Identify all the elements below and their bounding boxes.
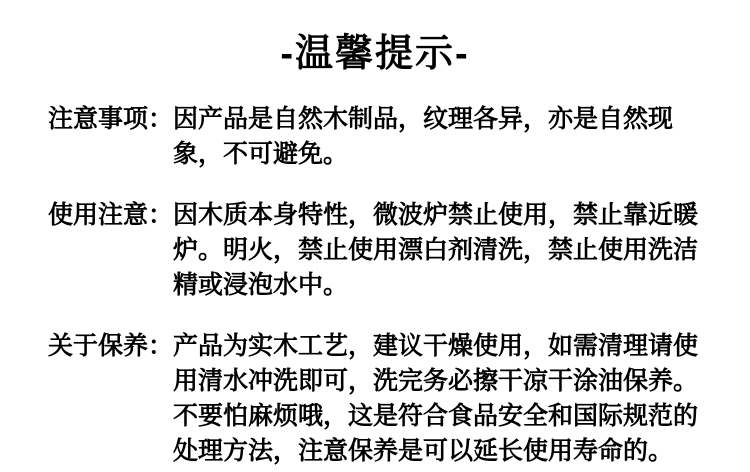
section-attention: 注意事项： 因产品是自然木制品，纹理各异，亦是自然现象，不可避免。 xyxy=(0,102,750,172)
section-usage-text: 因木质本身特性，微波炉禁止使用，禁止靠近暖炉。明火，禁止使用漂白剂清洗，禁止使用… xyxy=(173,198,706,303)
warm-tips-notice: -温馨提示- 注意事项： 因产品是自然木制品，纹理各异，亦是自然现象，不可避免。… xyxy=(0,0,750,472)
section-attention-label: 注意事项： xyxy=(48,102,173,137)
notice-sections: 注意事项： 因产品是自然木制品，纹理各异，亦是自然现象，不可避免。 使用注意： … xyxy=(0,102,750,469)
page-title: -温馨提示- xyxy=(0,0,750,74)
section-maintenance: 关于保养： 产品为实木工艺，建议干燥使用，如需清理请使用清水冲洗即可，洗完务必擦… xyxy=(0,329,750,469)
section-usage: 使用注意： 因木质本身特性，微波炉禁止使用，禁止靠近暖炉。明火，禁止使用漂白剂清… xyxy=(0,198,750,303)
section-usage-label: 使用注意： xyxy=(48,198,173,233)
section-attention-text: 因产品是自然木制品，纹理各异，亦是自然现象，不可避免。 xyxy=(173,102,706,172)
section-maintenance-text: 产品为实木工艺，建议干燥使用，如需清理请使用清水冲洗即可，洗完务必擦干凉干涂油保… xyxy=(173,329,706,469)
section-maintenance-label: 关于保养： xyxy=(48,329,173,364)
